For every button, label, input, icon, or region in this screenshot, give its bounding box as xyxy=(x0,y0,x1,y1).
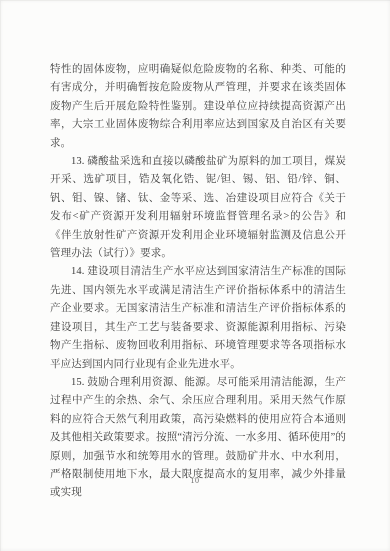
paragraph-item-14: 14. 建设项目清洁生产水平应达到国家清洁生产标准的国际先进、国内领先水平或满足… xyxy=(50,263,346,373)
page-number: 10 xyxy=(0,476,390,485)
paragraph-item-13: 13. 磷酸盐采选和直接以磷酸盐矿为原料的加工项目，煤炭开采、选矿项目，锆及氧化… xyxy=(50,153,346,263)
document-page: 特性的固体废物，应明确疑似危险废物的名称、种类、可能的有害成分，并明确暂按危险废… xyxy=(0,0,390,551)
text-block: 特性的固体废物，应明确疑似危险废物的名称、种类、可能的有害成分，并明确暂按危险废… xyxy=(50,61,346,503)
paragraph-continuation: 特性的固体废物，应明确疑似危险废物的名称、种类、可能的有害成分，并明确暂按危险废… xyxy=(50,61,346,153)
